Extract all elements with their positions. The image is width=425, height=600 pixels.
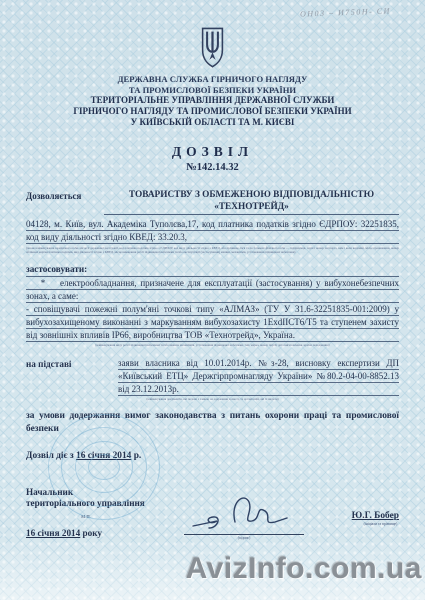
position-line1: Начальник — [26, 487, 176, 499]
issue-date-value: 16 січня 2014 — [26, 528, 80, 538]
basis-text: заяви власника від 10.01.2014р. №з-28, в… — [118, 357, 399, 396]
handwritten-signature — [189, 490, 299, 534]
ukraine-trident-emblem — [199, 26, 226, 70]
signatory-position: Начальник територіального управління М.П… — [26, 487, 176, 540]
territorial-office-line1: ТЕРИТОРІАЛЬНЕ УПРАВЛІННЯ ДЕРЖАВНОЇ СЛУЖБ… — [26, 95, 399, 106]
basis-fine-print: (найменування документів, які подано з з… — [26, 397, 399, 402]
validity-start-date: 16 січня 2014 — [76, 451, 131, 461]
grantee-name-line2: «ТЕХНОТРЕЙД» — [104, 201, 399, 213]
signature-area: (підпис) — [184, 490, 304, 540]
document-content: ДЕРЖАВНА СЛУЖБА ГІРНИЧОГО НАГЛЯДУ ТА ПРО… — [0, 0, 425, 600]
basis-label: на підставі — [26, 357, 118, 396]
signatory-name-caption: (ініціали та прізвище) — [362, 522, 399, 526]
validity-suffix: р. — [134, 451, 142, 461]
document-title: ДОЗВІЛ — [26, 144, 399, 160]
agency-name-line1: ДЕРЖАВНА СЛУЖБА ГІРНИЧОГО НАГЛЯДУ — [26, 74, 399, 85]
permitted-items-list: *електрообладнання, призначене для експл… — [26, 277, 399, 342]
grantee-fine-print: (повне найменування юридичної особи, міс… — [26, 246, 399, 255]
agency-name-line2: ТА ПРОМИСЛОВОЇ БЕЗПЕКИ УКРАЇНИ — [26, 85, 399, 96]
title-block: ДОЗВІЛ №142.14.32 — [26, 144, 399, 173]
document-number: №142.14.32 — [26, 162, 399, 173]
condition-clause: за умови додержання вимог законодавства … — [26, 410, 399, 437]
position-line2: територіального управління — [26, 498, 176, 510]
permitted-action-heading: застосовувати: — [26, 263, 399, 277]
validity-line: Дозвіл діє з 16 січня 2014 р. — [26, 451, 399, 461]
seal-place-abbr: М.П. — [26, 511, 146, 523]
signature-block: Начальник територіального управління М.П… — [26, 487, 399, 540]
items-fine-print: (найменування виду робіт підвищеної небе… — [26, 343, 399, 348]
permitted-item-1-text: електрообладнання, призначене для експлу… — [26, 278, 399, 301]
territorial-office-line3: У КИЇВСЬКІЙ ОБЛАСТІ ТА М. КИЄВІ — [26, 117, 399, 128]
granted-to-label: Дозволяється — [26, 189, 104, 215]
permit-document-page: ОН03 – И750Н- СИ ДЕРЖАВНА СЛУЖБА ГІРНИЧО… — [0, 0, 425, 600]
grantee-section: Дозволяється ТОВАРИСТВУ З ОБМЕЖЕНОЮ ВІДП… — [26, 189, 399, 215]
permitted-item-2: - сповіщувачі пожежні полум'яні точкові … — [26, 303, 399, 342]
site-watermark: AvizInfo.com.ua — [186, 552, 422, 586]
item-bullet: * — [26, 277, 60, 290]
issuing-authority-header: ДЕРЖАВНА СЛУЖБА ГІРНИЧОГО НАГЛЯДУ ТА ПРО… — [26, 74, 399, 128]
territorial-office-line2: ГІРНИЧОГО НАГЛЯДУ ТА ПРОМИСЛОВОЇ БЕЗПЕКИ… — [26, 106, 399, 117]
signature-line — [184, 534, 304, 535]
grantee-address: 04128, м. Київ, вул. Академіка Туполєва,… — [26, 218, 399, 244]
grantee-name-line1: ТОВАРИСТВУ З ОБМЕЖЕНОЮ ВІДПОВІДАЛЬНІСТЮ — [104, 189, 399, 201]
grantee-name: ТОВАРИСТВУ З ОБМЕЖЕНОЮ ВІДПОВІДАЛЬНІСТЮ … — [104, 189, 399, 215]
issue-date-suffix: року — [83, 528, 102, 538]
permitted-item-1: *електрообладнання, призначене для експл… — [26, 277, 399, 303]
basis-section: на підставі заяви власника від 10.01.201… — [26, 357, 399, 396]
signatory-name-block: Ю.Г. Бобер (ініціали та прізвище) — [304, 511, 399, 540]
validity-prefix: Дозвіл діє з — [26, 451, 74, 461]
signatory-name: Ю.Г. Бобер — [304, 511, 399, 521]
